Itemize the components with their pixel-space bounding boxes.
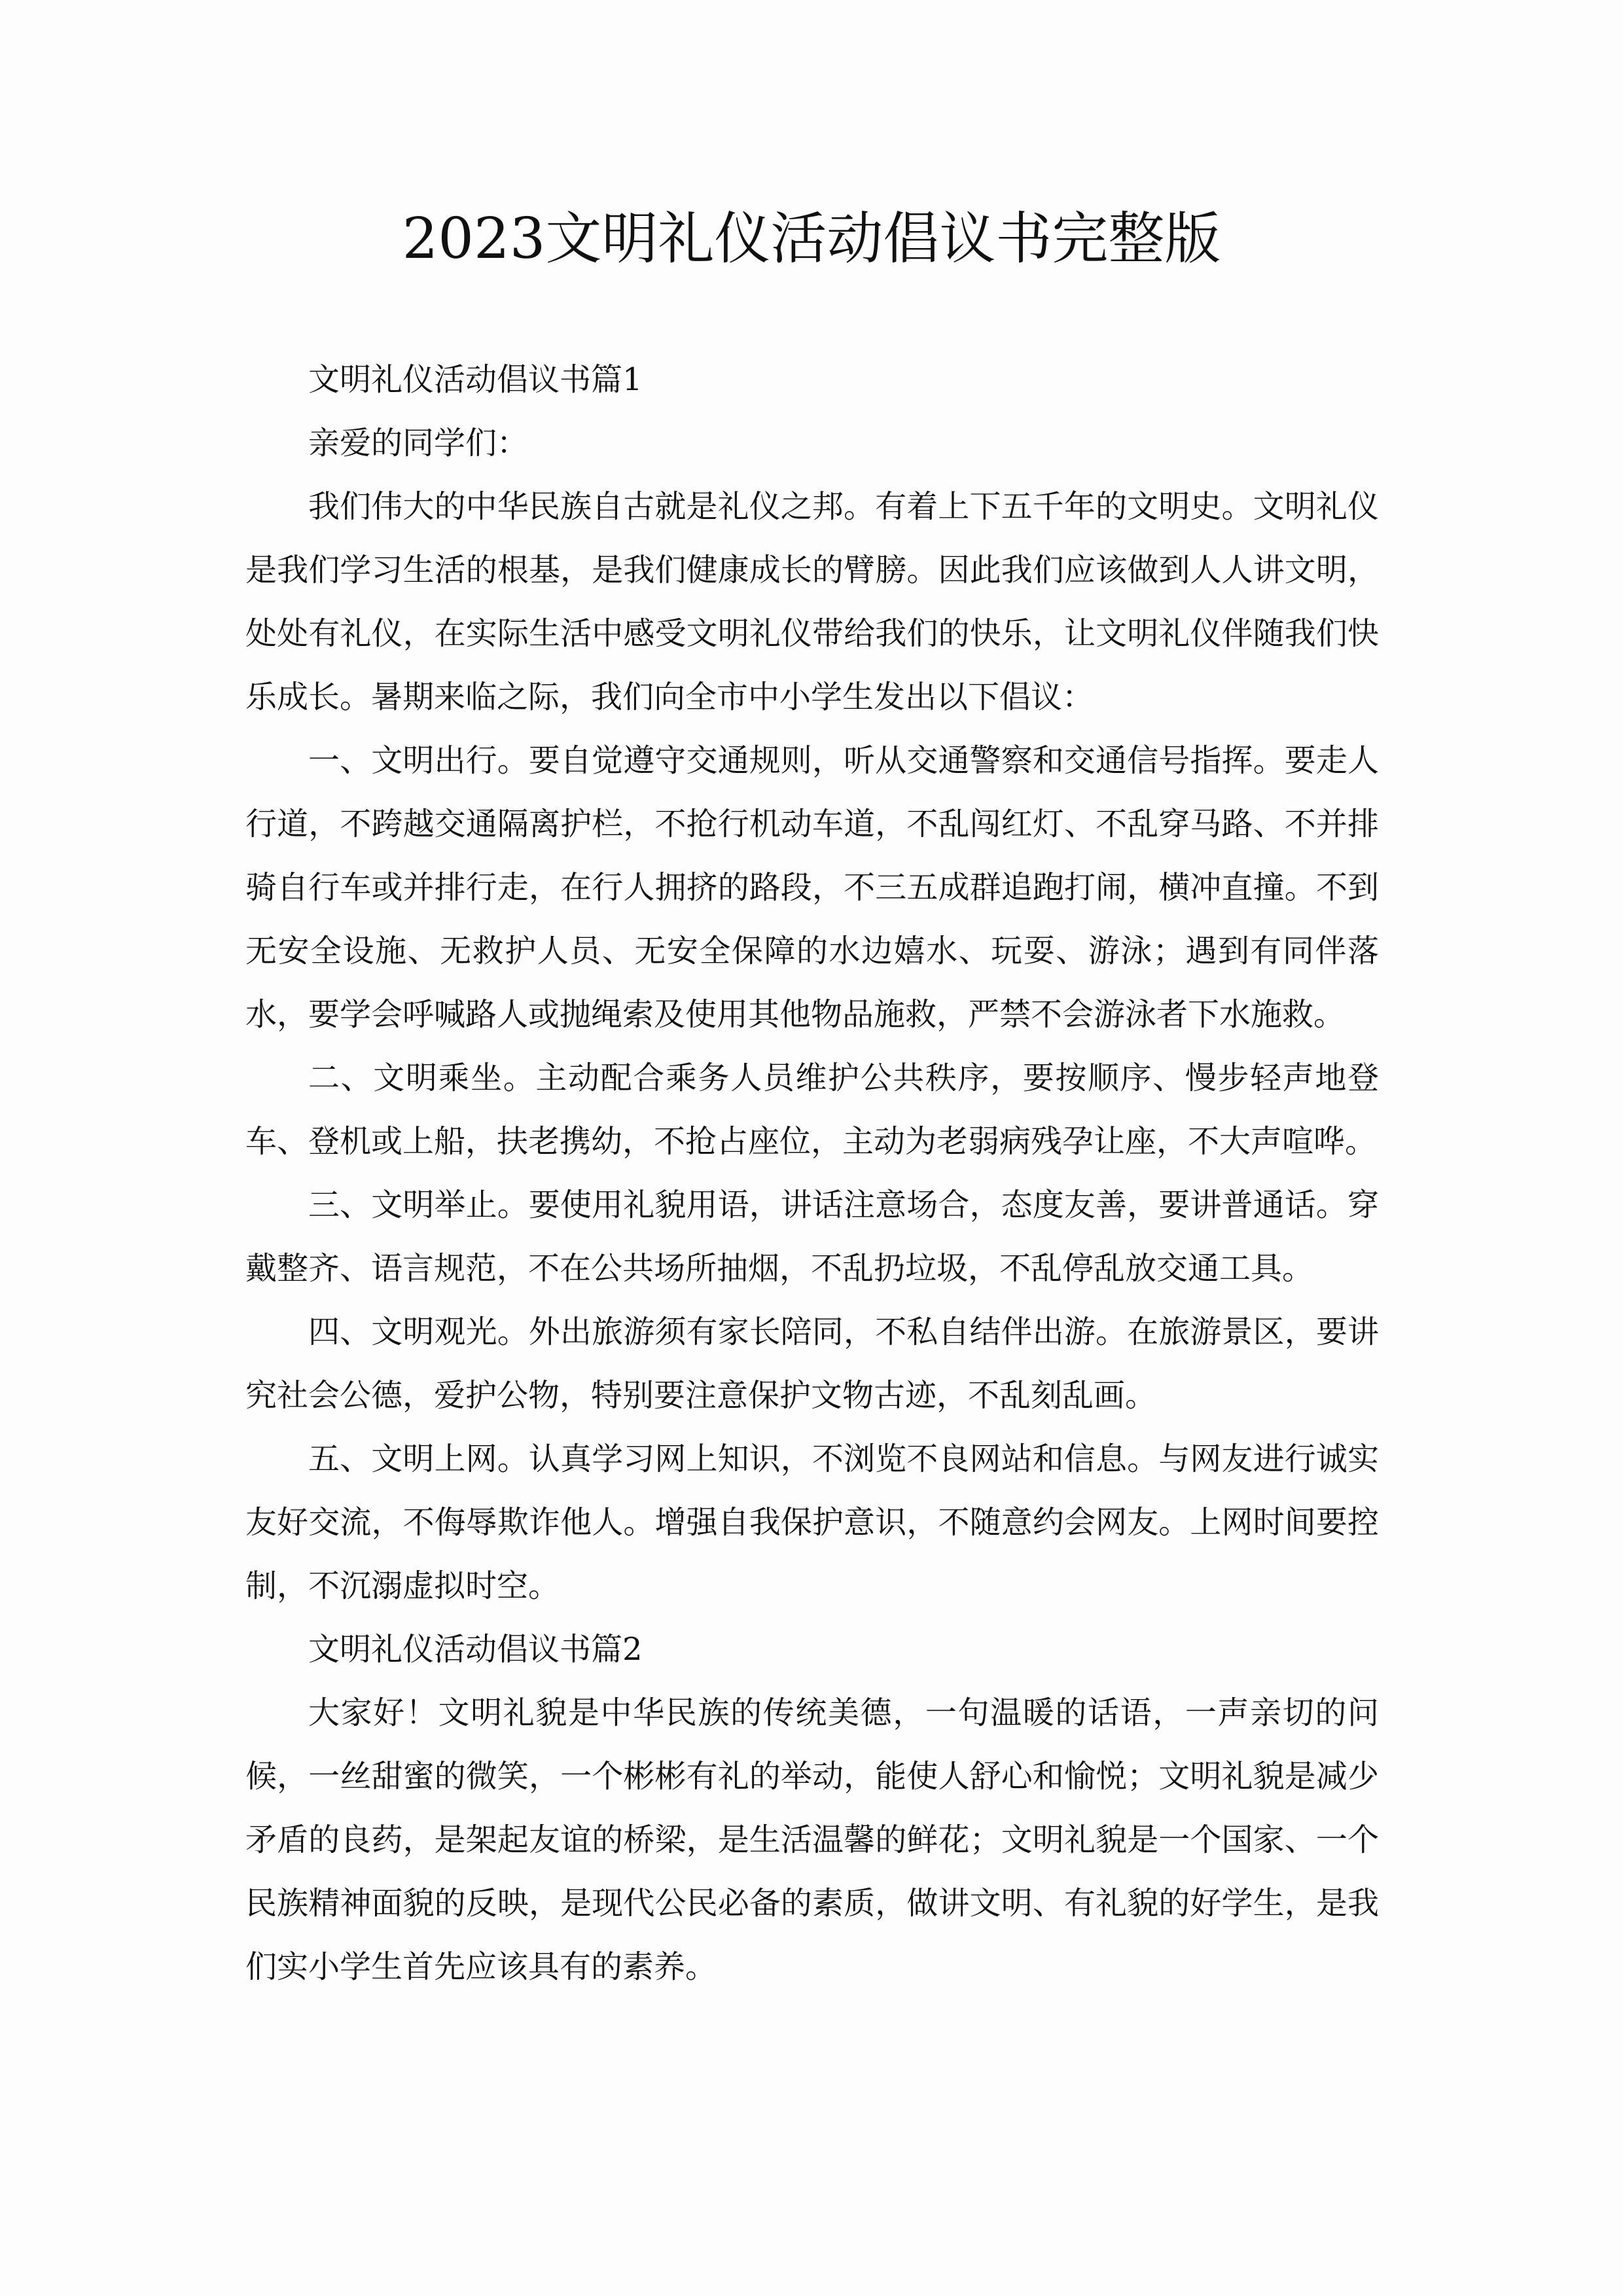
paragraph-item-2: 二、文明乘坐。主动配合乘务人员维护公共秩序，要按顺序、慢步轻声地登车、登机或上船… bbox=[245, 1047, 1379, 1174]
paragraph: 大家好！文明礼貌是中华民族的传统美德，一句温暖的话语，一声亲切的问候，一丝甜蜜的… bbox=[245, 1681, 1379, 1999]
paragraph-item-3: 三、文明举止。要使用礼貌用语，讲话注意场合，态度友善，要讲普通话。穿戴整齐、语言… bbox=[245, 1174, 1379, 1300]
section-heading: 文明礼仪活动倡议书篇2 bbox=[245, 1618, 1379, 1681]
document-page: 2023文明礼仪活动倡议书完整版 文明礼仪活动倡议书篇1 亲爱的同学们： 我们伟… bbox=[0, 0, 1623, 2296]
paragraph-item-1: 一、文明出行。要自觉遵守交通规则，听从交通警察和交通信号指挥。要走人行道，不跨越… bbox=[245, 729, 1379, 1047]
paragraph-item-4: 四、文明观光。外出旅游须有家长陪同，不私自结伴出游。在旅游景区，要讲究社会公德，… bbox=[245, 1300, 1379, 1427]
document-body: 文明礼仪活动倡议书篇1 亲爱的同学们： 我们伟大的中华民族自古就是礼仪之邦。有着… bbox=[245, 348, 1379, 1999]
document-title: 2023文明礼仪活动倡议书完整版 bbox=[0, 196, 1623, 281]
salutation: 亲爱的同学们： bbox=[245, 412, 1379, 475]
paragraph-item-5: 五、文明上网。认真学习网上知识，不浏览不良网站和信息。与网友进行诚实友好交流，不… bbox=[245, 1427, 1379, 1618]
section-2: 文明礼仪活动倡议书篇2 大家好！文明礼貌是中华民族的传统美德，一句温暖的话语，一… bbox=[245, 1618, 1379, 1999]
section-1: 文明礼仪活动倡议书篇1 亲爱的同学们： 我们伟大的中华民族自古就是礼仪之邦。有着… bbox=[245, 348, 1379, 1618]
paragraph-intro: 我们伟大的中华民族自古就是礼仪之邦。有着上下五千年的文明史。文明礼仪是我们学习生… bbox=[245, 475, 1379, 729]
section-heading: 文明礼仪活动倡议书篇1 bbox=[245, 348, 1379, 412]
